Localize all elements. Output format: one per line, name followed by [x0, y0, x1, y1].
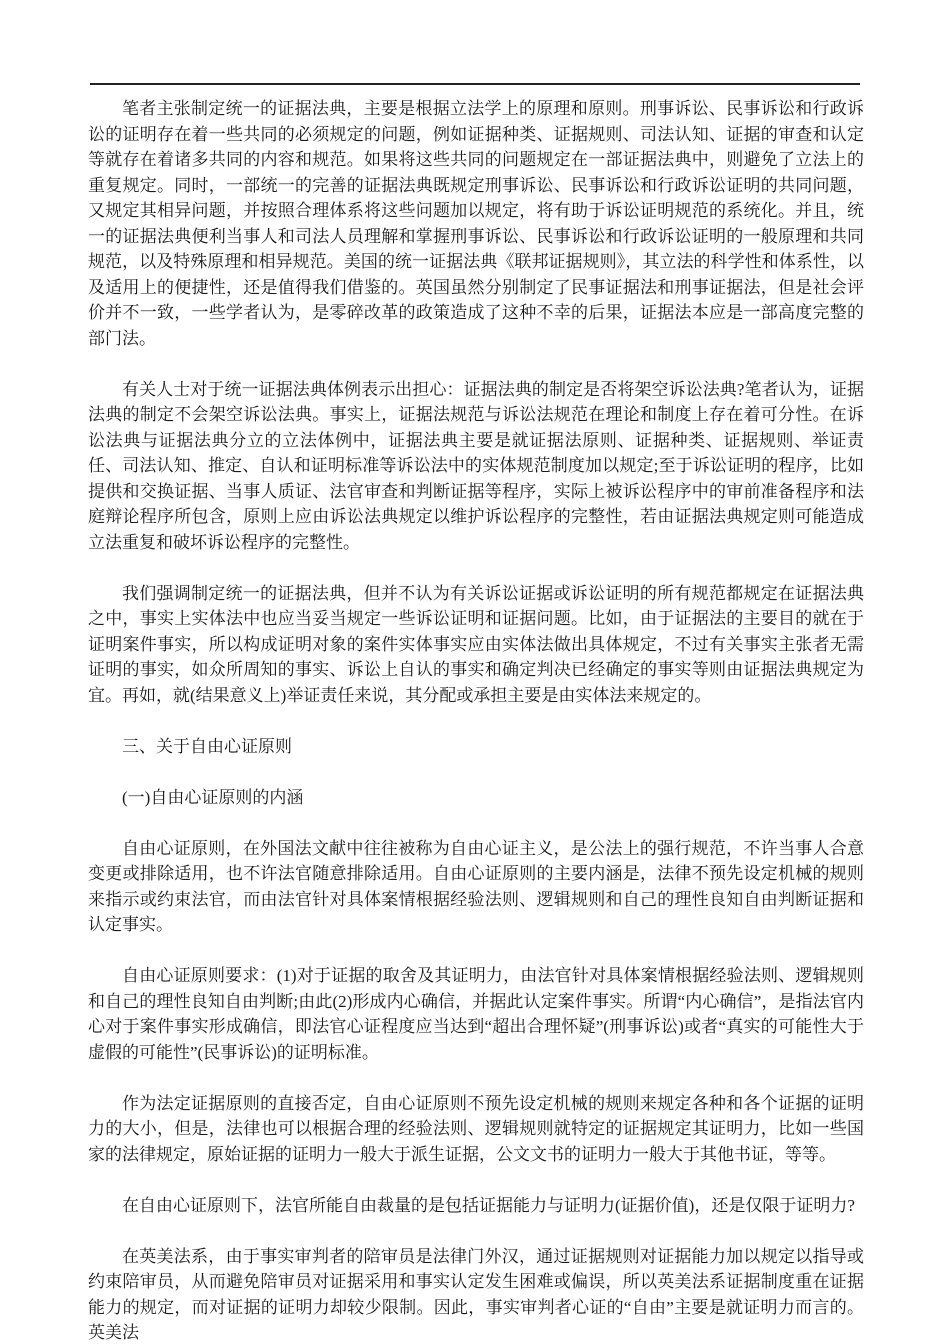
paragraph-discretion-scope-question: 在自由心证原则下，法官所能自由裁量的是包括证据能力与证明力(证据价值)，还是仅限… — [88, 1193, 864, 1219]
paragraph-anglo-american-system: 在英美法系，由于事实审判者的陪审员是法律门外汉，通过证据规则对证据能力加以规定以… — [88, 1244, 864, 1344]
paragraph-procedural-code-concern: 有关人士对于统一证据法典体例表示出担心：证据法典的制定是否将架空诉讼法典?笔者认… — [88, 377, 864, 556]
paragraph-substantive-law-scope: 我们强调制定统一的证据法典，但并不认为有关诉讼证据或诉讼证明的所有规范都规定在证… — [88, 581, 864, 709]
header-divider — [90, 83, 860, 85]
paragraph-free-evaluation-requirements: 自由心证原则要求：(1)对于证据的取舍及其证明力，由法官针对具体案情根据经验法则… — [88, 963, 864, 1065]
paragraph-free-evaluation-definition: 自由心证原则，在外国法文献中往往被称为自由心证主义，是公法上的强行规范，不许当事… — [88, 836, 864, 938]
paragraph-statutory-evidence-negation: 作为法定证据原则的直接否定，自由心证原则不预先设定机械的规则来规定各种和各个证据… — [88, 1091, 864, 1168]
document-page: 笔者主张制定统一的证据法典，主要是根据立法学上的原理和原则。刑事诉讼、民事诉讼和… — [0, 0, 950, 1344]
subsection-heading-connotation: (一)自由心证原则的内涵 — [88, 785, 864, 811]
section-heading-free-evaluation: 三、关于自由心证原则 — [88, 734, 864, 760]
paragraph-evidence-code-rationale: 笔者主张制定统一的证据法典，主要是根据立法学上的原理和原则。刑事诉讼、民事诉讼和… — [88, 96, 864, 351]
document-body: 笔者主张制定统一的证据法典，主要是根据立法学上的原理和原则。刑事诉讼、民事诉讼和… — [88, 96, 864, 1344]
